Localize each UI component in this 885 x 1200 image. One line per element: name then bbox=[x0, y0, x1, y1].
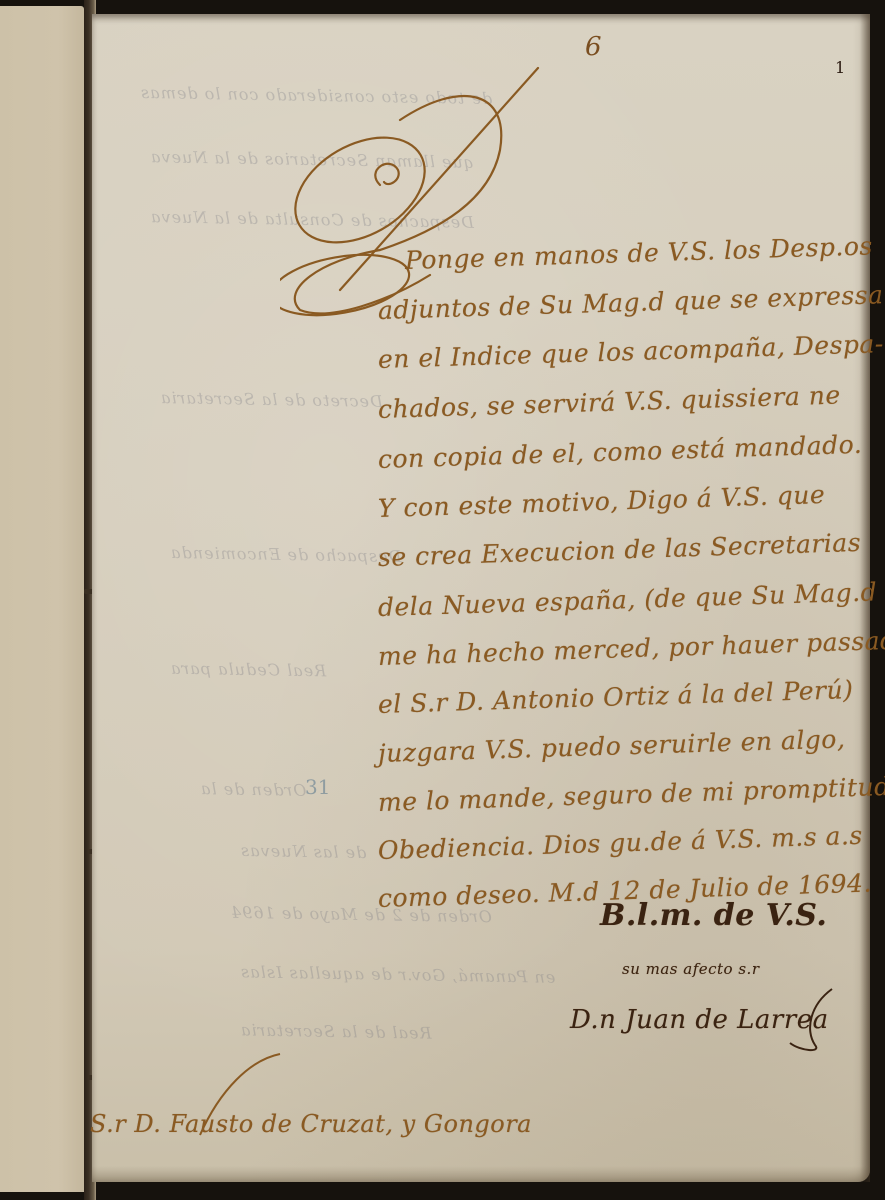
addressee: S.r D. Fausto de Cruzat, y Gongora bbox=[90, 1110, 532, 1138]
addressee-flourish-icon bbox=[180, 1050, 290, 1140]
blue-pencil-mark: 31 bbox=[305, 775, 330, 799]
bleed-through-line: Orden de la bbox=[200, 779, 307, 800]
bleed-through-line: Real Cedula para bbox=[170, 659, 327, 681]
folio-number: 1 bbox=[835, 58, 845, 77]
manuscript-scan: de todo esto considerado con lo demas qu… bbox=[0, 0, 885, 1200]
closing-salutation: B.l.m. de V.S. bbox=[600, 898, 827, 933]
top-mark: 6 bbox=[585, 32, 602, 62]
decorative-initial-s-icon bbox=[280, 60, 580, 320]
bleed-through-line: Decreto de la Secretaria bbox=[160, 388, 383, 411]
bleed-through-line: de las Nuevas bbox=[240, 841, 367, 862]
bleed-through-line: Despacho de Encomienda bbox=[170, 543, 402, 566]
closing-courtesy: su mas afecto s.r bbox=[622, 960, 760, 978]
signature-flourish-icon bbox=[770, 985, 840, 1055]
bleed-through-line: Real de la Secretaria bbox=[240, 1020, 432, 1042]
page-bottom-edge bbox=[92, 1166, 870, 1182]
previous-page-edge bbox=[0, 6, 84, 1192]
